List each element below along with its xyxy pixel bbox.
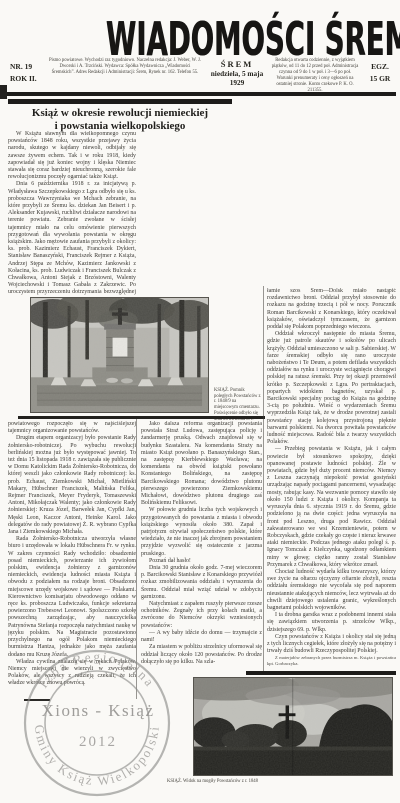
photo2-caption: KSIĄŻ. Widok na mogiły Powstańców z r. 1… bbox=[150, 779, 258, 785]
watermark-name: Xions - Książ bbox=[26, 701, 170, 721]
issue-number-block: NR. 19 ROK II. bbox=[10, 61, 48, 85]
price-label: EGZ. bbox=[363, 61, 397, 73]
article-paragraph: — Przebieg powstania w Książu, jak i cał… bbox=[267, 446, 396, 568]
article-paragraph: W połowie grudnia liczba tych wojskowych… bbox=[141, 507, 262, 557]
article-paragraph: W Książu sławnym dla wielkopomnego czynu… bbox=[8, 131, 136, 181]
article-paragraph: Oddział wkroczył następnie do miasta Śre… bbox=[267, 331, 396, 446]
end-of-article-rule bbox=[246, 671, 396, 675]
watermark-year: 2012 bbox=[26, 734, 170, 751]
article-paragraph: Władza cywilna znalazła się w rękach Pol… bbox=[8, 659, 136, 688]
end-of-column-dash bbox=[24, 699, 50, 701]
newspaper-scan-page: WIADOMOŚCI ŚREMSKIE NR. 19 ROK II. Pismo… bbox=[0, 0, 400, 803]
article-paragraph: Dnia 6 października 1918 r. za inicjatyw… bbox=[8, 181, 136, 295]
article-paragraph: Drugim etapem organizacyj było powstanie… bbox=[8, 435, 136, 536]
article-paragraph: powiatowego rozpoczęło się w najściślejs… bbox=[8, 421, 136, 435]
article-paragraph: Natychmiast z zapałem ruszyły pierwsze r… bbox=[141, 601, 262, 630]
article-paragraph: Za miastem w pobliżu strzelnicy uformowa… bbox=[141, 644, 262, 666]
photo-graves-image bbox=[194, 678, 392, 775]
article-paragraph: Poznań dał hasło! bbox=[141, 558, 262, 565]
price-block: EGZ. 15 GR bbox=[363, 61, 397, 85]
city-name: ŚREM bbox=[205, 59, 269, 69]
newspaper-title: WIADOMOŚCI ŚREMSKIE bbox=[0, 13, 400, 63]
headline-line-1: Książ w okresie rewolucji niemieckiej bbox=[8, 107, 232, 120]
article-paragraph: Dnia 30 grudnia około godz. 7-mej wieczo… bbox=[141, 565, 262, 601]
article-paragraph: — A wy baby idźcie do domu — trzymajcie … bbox=[141, 630, 262, 644]
scan-edge-mark bbox=[0, 85, 7, 99]
svg-text:Gminy Książ Wielkopolski: Gminy Książ Wielkopolski bbox=[32, 724, 162, 789]
issue-number: NR. 19 bbox=[10, 61, 48, 73]
article-paragraph: Rada Żołniersko-Robotnicza utworzyła wła… bbox=[8, 536, 136, 658]
volume-number: ROK II. bbox=[10, 73, 48, 85]
photo-monument-1848 bbox=[30, 297, 209, 413]
article-paragraph: Czyn powstańców z Książa i okolicy stał … bbox=[267, 634, 396, 656]
column-divider bbox=[136, 419, 137, 699]
column-left-bottom: powiatowego rozpoczęło się w najściślejs… bbox=[8, 421, 136, 697]
article-headline: Książ w okresie rewolucji niemieckiej i … bbox=[8, 107, 232, 132]
photo-underline-rule bbox=[18, 416, 265, 419]
price-value: 15 GR bbox=[363, 73, 397, 85]
column-right: łamie szos Śrem—Dolsk miało nastąpić roz… bbox=[267, 288, 396, 669]
article-credit-note: Z materjałów zebranych przez burmistrza … bbox=[267, 655, 396, 666]
stamp-arc-bottom-text: Gminy Książ Wielkopolski bbox=[32, 724, 162, 789]
masthead-rule bbox=[6, 92, 396, 96]
photo-monument-image bbox=[31, 298, 208, 412]
column-left-top: W Książu sławnym dla wielkopomnego czynu… bbox=[8, 131, 136, 295]
column-divider bbox=[263, 286, 264, 671]
article-paragraph: Chociaż ludność wydarła kilku towarzyszy… bbox=[267, 569, 396, 612]
date-block: ŚREM niedziela, 5 maja 1929 bbox=[205, 59, 269, 87]
issue-date: niedziela, 5 maja bbox=[205, 69, 269, 78]
photo-graves-landscape bbox=[193, 677, 393, 776]
imprint-left: Pismo powiatowe. Wychodzi raz tygodniowo… bbox=[48, 58, 202, 76]
article-paragraph: I ta drobna garstka wraz z podobnemi inn… bbox=[267, 612, 396, 634]
article-paragraph: Jako dalsza reforma organizacji powstani… bbox=[141, 421, 262, 507]
column-middle: Jako dalsza reforma organizacji powstani… bbox=[141, 421, 262, 668]
issue-year: 1929 bbox=[205, 78, 269, 87]
article-paragraph: łamie szos Śrem—Dolsk miało nastąpić roz… bbox=[267, 288, 396, 331]
headline-bar bbox=[8, 99, 232, 104]
imprint-right: Redakcja otwarta codziennie, z wyjątkiem… bbox=[271, 58, 359, 93]
